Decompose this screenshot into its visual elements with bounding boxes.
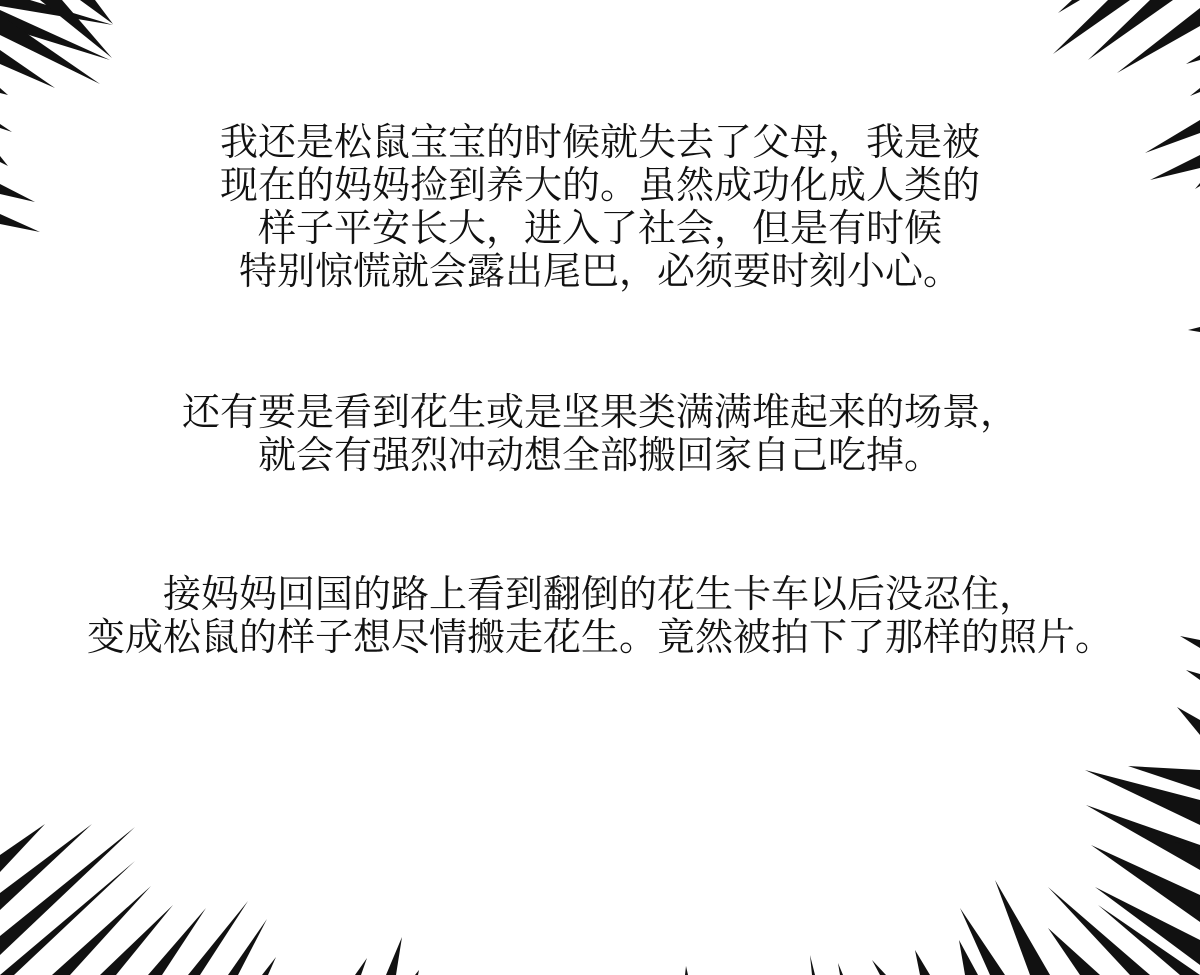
comic-panel: 我还是松鼠宝宝的时候就失去了父母，我是被 现在的妈妈捡到养大的。虽然成功化成人类… bbox=[0, 0, 1200, 975]
narration-line: 现在的妈妈捡到养大的。虽然成功化成人类的 bbox=[0, 164, 1200, 207]
narration-line: 样子平安长大，进入了社会，但是有时候 bbox=[0, 207, 1200, 250]
narration-line: 还有要是看到花生或是坚果类满满堆起来的场景， bbox=[0, 391, 1200, 434]
narration-paragraph-1: 我还是松鼠宝宝的时候就失去了父母，我是被 现在的妈妈捡到养大的。虽然成功化成人类… bbox=[0, 121, 1200, 293]
narration-line: 接妈妈回国的路上看到翻倒的花生卡车以后没忍住， bbox=[0, 573, 1200, 616]
narration-line: 就会有强烈冲动想全部搬回家自己吃掉。 bbox=[0, 434, 1200, 477]
narration-line: 我还是松鼠宝宝的时候就失去了父母，我是被 bbox=[0, 121, 1200, 164]
narration-paragraph-3: 接妈妈回国的路上看到翻倒的花生卡车以后没忍住， 变成松鼠的样子想尽情搬走花生。竟… bbox=[0, 573, 1200, 659]
narration-line: 特别惊慌就会露出尾巴，必须要时刻小心。 bbox=[0, 250, 1200, 293]
narration-paragraph-2: 还有要是看到花生或是坚果类满满堆起来的场景， 就会有强烈冲动想全部搬回家自己吃掉… bbox=[0, 391, 1200, 477]
narration-line: 变成松鼠的样子想尽情搬走花生。竟然被拍下了那样的照片。 bbox=[0, 616, 1200, 659]
